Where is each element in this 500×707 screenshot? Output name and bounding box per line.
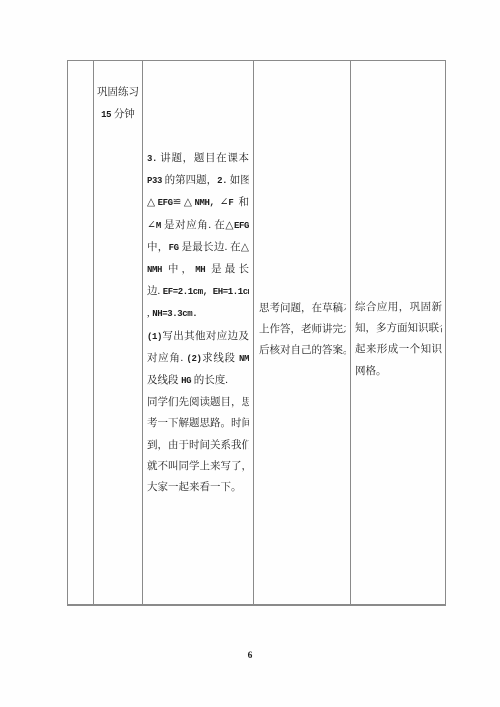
text-line: △EFG≌△NMH, ∠F 和 xyxy=(147,192,249,214)
latin-run: FG xyxy=(169,243,179,253)
latin-run: NH=3.3cm. xyxy=(152,309,197,319)
text-line: 思考问题，在草稿本 xyxy=(259,298,346,319)
latin-run: 3. xyxy=(147,154,157,164)
text-line: 后核对自己的答案。 xyxy=(259,340,346,361)
document-page: 巩固练习15 分钟 3. 讲题，题目在课本P33 的第四题，2. 如图，△EFG… xyxy=(0,0,500,707)
table-column-margin xyxy=(68,61,94,604)
text-line: 知，多方面知识联合 xyxy=(355,318,442,339)
cell-student-activity: 思考问题，在草稿本上作答，老师讲完之后核对自己的答案。 xyxy=(254,61,351,604)
text-line: 到，由于时间关系我们 xyxy=(147,435,249,456)
latin-run: NM xyxy=(239,354,249,364)
text-line: 中，FG 是最长边. 在△ xyxy=(147,237,249,259)
text-line: 3. 讲题，题目在课本 xyxy=(147,148,249,170)
latin-run: HG xyxy=(181,376,191,386)
text-line: 边. EF=2.1cm, EH=1.1cm xyxy=(147,281,249,303)
latin-run: (1) xyxy=(147,332,162,342)
cell-design-intent: 综合应用，巩固新知，多方面知识联合起来形成一个知识网格。 xyxy=(351,61,445,604)
latin-run: NMH xyxy=(147,265,162,275)
lesson-plan-table: 巩固练习15 分钟 3. 讲题，题目在课本P33 的第四题，2. 如图，△EFG… xyxy=(67,60,446,606)
paragraph: 同学们先阅读题目，思考一下解题思路。时间到，由于时间关系我们就不叫同学上来写了，… xyxy=(147,392,249,498)
latin-run: F xyxy=(228,198,233,208)
latin-run: EF=2.1cm, EH=1.1cm xyxy=(163,287,249,297)
text-line: 上作答，老师讲完之 xyxy=(259,319,346,340)
latin-run: NMH, xyxy=(194,198,214,208)
latin-run: MH xyxy=(195,265,205,275)
text-line: 同学们先阅读题目，思 xyxy=(147,392,249,413)
latin-run: P33 xyxy=(147,176,162,186)
text-line: 就不叫同学上来写了， xyxy=(147,456,249,477)
text-line: , NH=3.3cm. xyxy=(147,303,249,325)
text-line: 起来形成一个知识 xyxy=(355,339,442,360)
text-line: (1)写出其他对应边及 xyxy=(147,326,249,348)
text-line: 及线段 HG 的长度. xyxy=(147,370,249,392)
text-line: 大家一起来看一下。 xyxy=(147,477,249,498)
latin-run: EFG xyxy=(158,198,173,208)
text-line: 15 分钟 xyxy=(94,104,142,126)
latin-run: EFG xyxy=(234,221,249,231)
latin-run: 15 xyxy=(101,110,111,120)
text-line: ∠M 是对应角. 在△EFG xyxy=(147,215,249,237)
cell-stage-time: 巩固练习15 分钟 xyxy=(94,61,143,604)
text-line: 考一下解题思路。时间 xyxy=(147,413,249,434)
page-number: 6 xyxy=(0,651,500,661)
text-line: NMH 中，MH 是最长 xyxy=(147,259,249,281)
latin-run: M xyxy=(156,221,161,231)
text-line: 对应角. (2)求线段 NM xyxy=(147,348,249,370)
text-line: P33 的第四题，2. 如图， xyxy=(147,170,249,192)
latin-run: 2. xyxy=(217,176,227,186)
cell-teaching-content: 3. 讲题，题目在课本P33 的第四题，2. 如图，△EFG≌△NMH, ∠F … xyxy=(143,61,254,604)
text-line: 网格。 xyxy=(355,361,442,382)
latin-run: (2) xyxy=(186,354,201,364)
text-line: 巩固练习 xyxy=(94,82,142,104)
paragraph: 3. 讲题，题目在课本P33 的第四题，2. 如图，△EFG≌△NMH, ∠F … xyxy=(147,148,249,326)
text-line: 综合应用，巩固新 xyxy=(355,297,442,318)
paragraph: (1)写出其他对应边及对应角. (2)求线段 NM及线段 HG 的长度. xyxy=(147,326,249,393)
